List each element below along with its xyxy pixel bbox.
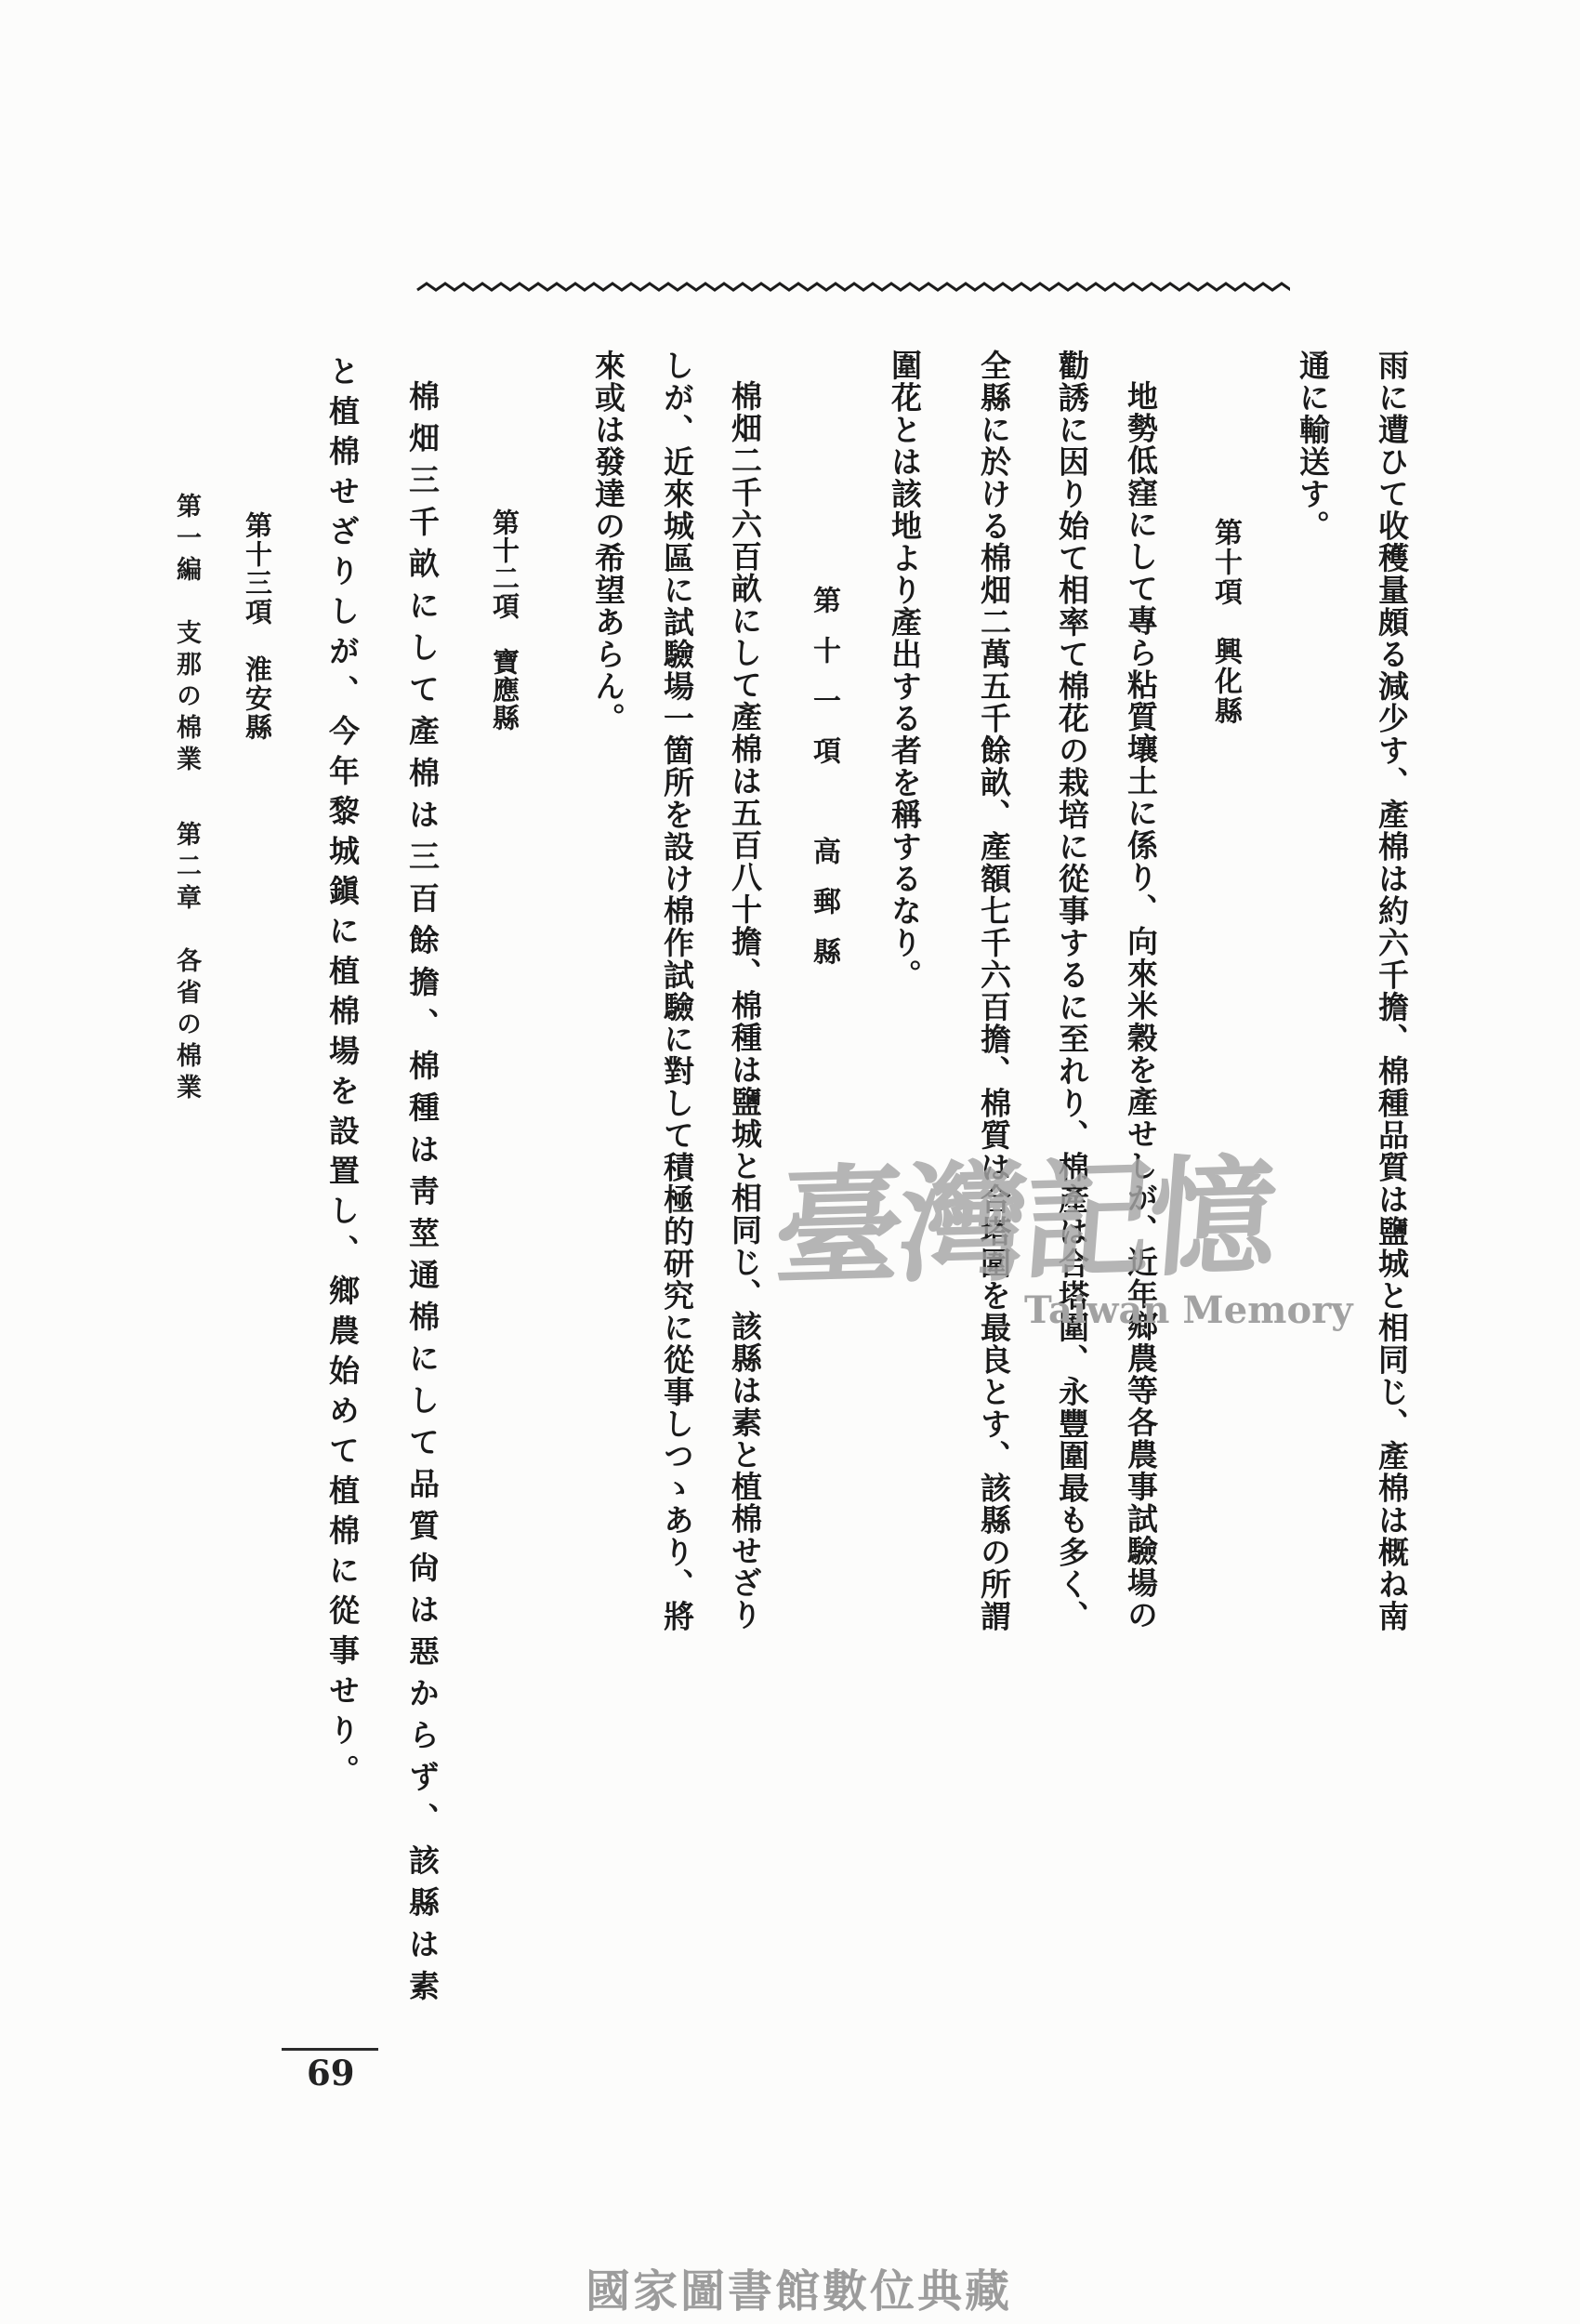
text-column: 地勢低窪にして專ら粘質壤土に係り、向來米穀を產せしが、近年鄉農等各農事試驗場の — [1126, 380, 1156, 1631]
text-column: と植棉せざりしが、今年黎城鎭に植棉場を設置し、鄉農始めて植棉に從事せり。 — [327, 355, 358, 1794]
wavy-rule-path — [417, 284, 1290, 290]
page-number-rule — [282, 2048, 378, 2051]
taiwan-memory-watermark-cjk: 臺灣記憶 — [770, 1152, 1279, 1293]
text-column: 棉畑三千畝にして產棉は三百餘擔、棉種は靑莖通棉にして品質尙は惡からず、該縣は素 — [407, 380, 438, 2012]
running-title-part-chapter: 第二章 各省の棉業 — [174, 821, 199, 1105]
section-heading: 第十一項 高郵縣 — [810, 586, 837, 987]
text-column: 棉畑二千六百畝にして產棉は五百八十擔、棉種は鹽城と相同じ、該縣は素と植棉せざり — [730, 380, 760, 1631]
text-column: 勸誘に因り始て相率て棉花の栽培に從事するに至れり、棉產は合塔圍、永豐圍最も多く、 — [1057, 350, 1087, 1632]
section-heading: 第十三項 淮安縣 — [244, 511, 270, 742]
text-column: 圍花とは該地より產出する者を稱するなり。 — [889, 350, 920, 991]
taiwan-memory-watermark-latin: Taiwan Memory — [1024, 1288, 1352, 1332]
library-footer: 國家圖書館數位典藏 — [586, 2255, 1012, 2319]
text-column: しが、近來城區に試驗場一箇所を設け棉作試驗に對して積極的研究に從事しつゝあり、將 — [662, 350, 692, 1632]
section-heading: 第十項 興化縣 — [1211, 518, 1239, 726]
section-heading: 第十二項 寶應縣 — [491, 508, 518, 732]
text-column: 雨に遭ひて收穫量頗る減少す、產棉は約六千擔、棉種品質は鹽城と相同じ、產棉は概ね南 — [1376, 350, 1407, 1632]
text-column: 來或は發達の希望あらん。 — [593, 350, 624, 734]
scanned-book-page: 雨に遭ひて收穫量頗る減少す、產棉は約六千擔、棉種品質は鹽城と相同じ、產棉は概ね南… — [0, 0, 1580, 2324]
text-column: 通に輸送す。 — [1297, 350, 1328, 542]
running-title-part-edition: 第一編 支那の棉業 — [174, 493, 199, 777]
page-number: 69 — [307, 2053, 362, 2093]
text-column: 全縣に於ける棉畑二萬五千餘畝、產額七千六百擔、棉質は合塔圍を最良とす、該縣の所謂 — [979, 350, 1009, 1632]
decorative-wavy-rule — [416, 280, 1290, 295]
